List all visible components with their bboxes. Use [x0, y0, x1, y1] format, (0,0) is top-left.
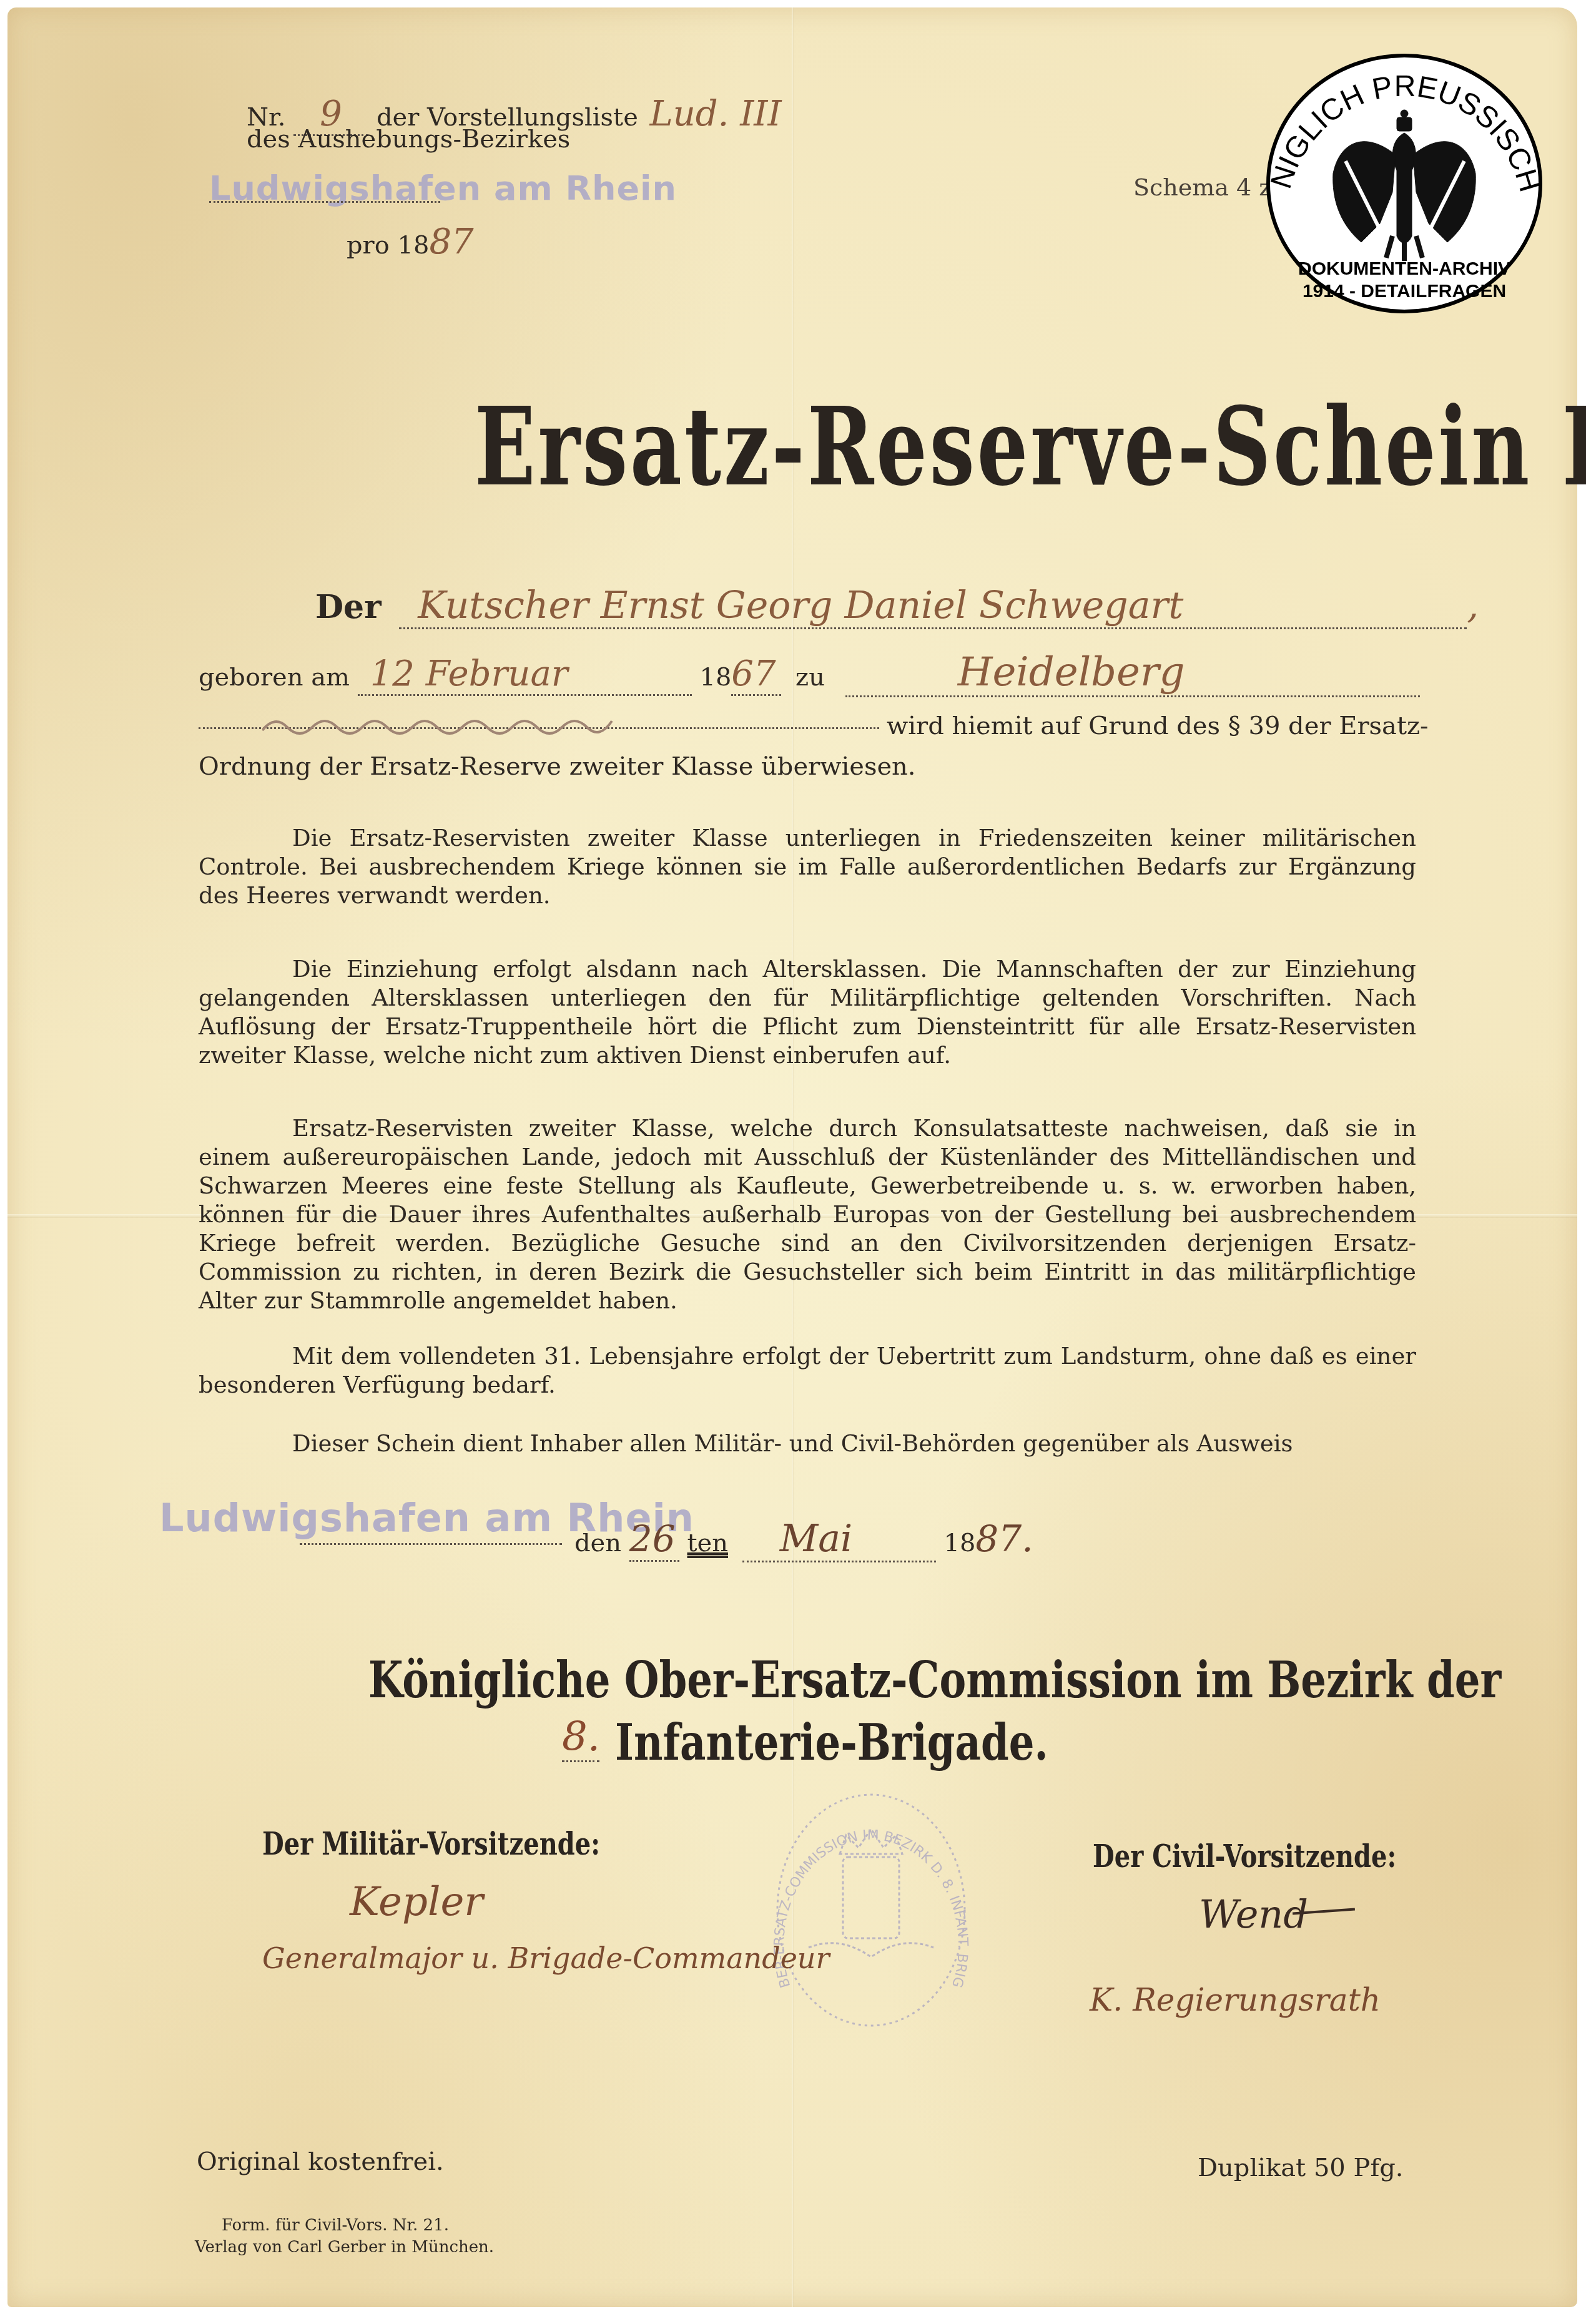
year-line: pro 1887 [347, 222, 474, 262]
year-value: 87 [429, 222, 473, 262]
civil-chair-label: Der Civil-Vorsitzende: [1093, 1838, 1396, 1875]
born-year-prefix: 18 [699, 663, 731, 692]
paragraph-4: Mit dem vollendeten 31. Lebensjahre erfo… [199, 1342, 1416, 1400]
date-line: den 26 ten Mai 1887. [574, 1517, 1033, 1562]
list-value: Lud. III [650, 94, 782, 134]
district-dotted-line [209, 201, 440, 203]
paragraph-3: Ersatz-Reservisten zweiter Klasse, welch… [199, 1114, 1416, 1315]
publisher-line: Verlag von Carl Gerber in München. [195, 2238, 494, 2257]
paragraph-5: Dieser Schein dient Inhaber allen Militä… [199, 1429, 1416, 1458]
birth-line: geboren am 12 Februar 1867 zu Heidelberg [199, 649, 1420, 697]
military-title: Generalmajor u. Brigade-Commandeur [262, 1941, 829, 1975]
year-label: pro 18 [347, 231, 429, 260]
brigade-label: Infanterie-Brigade. [615, 1714, 1048, 1772]
original-note: Original kostenfrei. [197, 2147, 444, 2176]
date-year: 87. [975, 1517, 1033, 1560]
commission-line-1: Königliche Ober-Ersatz-Commission im Bez… [368, 1651, 1501, 1710]
date-day: 26 [629, 1517, 676, 1560]
place-dotted-line [300, 1543, 562, 1545]
paragraph-2: Die Einziehung erfolgt alsdann nach Alte… [199, 955, 1416, 1070]
district-label: des Aushebungs-Bezirkes [247, 125, 570, 154]
date-year-prefix: 18 [943, 1529, 975, 1557]
commission-line-2: 8. Infanterie-Brigade. [562, 1714, 1048, 1762]
birthplace: Heidelberg [958, 649, 1185, 695]
form-number: Form. für Civil-Vors. Nr. 21. [222, 2216, 449, 2235]
ten-label: ten [687, 1529, 728, 1557]
logo-line-2: 1914 - DETAILFRAGEN [1303, 281, 1506, 302]
date-month: Mai [780, 1517, 852, 1561]
born-label: geboren am [199, 663, 350, 692]
strike-through-squiggle [262, 712, 637, 737]
military-signature: Kepler [350, 1879, 483, 1925]
der-label: Der [315, 588, 382, 626]
archive-watermark-logo: KÖNIGLICH PREUSSISCHES DOKUMENTEN-ARCHIV… [1252, 36, 1557, 321]
paragraph-1: Die Ersatz-Reservisten zweiter Klasse un… [199, 824, 1416, 910]
logo-line-1: DOKUMENTEN-ARCHIV [1298, 258, 1510, 279]
person-name-line: Der Kutscher Ernst Georg Daniel Schwegar… [315, 584, 1479, 629]
civil-title: K. Regierungsrath [1090, 1982, 1381, 2018]
civil-signature: Wend [1199, 1891, 1308, 1937]
official-seal-stamp: K. OBER-ERSATZ-COMMISSION IM BEZIRK D. 8… [765, 1785, 977, 2035]
person-name: Kutscher Ernst Georg Daniel Schwegart [418, 584, 1183, 627]
brigade-number: 8. [562, 1714, 600, 1760]
assignment-text-2: Ordnung der Ersatz-Reserve zweiter Klass… [199, 752, 916, 781]
military-chair-label: Der Militär-Vorsitzende: [262, 1826, 600, 1863]
assignment-text: wird hiemit auf Grund des § 39 der Ersat… [887, 712, 1429, 740]
born-date: 12 Februar [370, 654, 568, 694]
document-title: Ersatz-Reserve-Schein II. [475, 384, 1586, 511]
zu-label: zu [795, 663, 825, 692]
born-year: 67 [731, 654, 776, 694]
duplicate-price: Duplikat 50 Pfg. [1198, 2154, 1404, 2182]
den-label: den [574, 1529, 621, 1557]
